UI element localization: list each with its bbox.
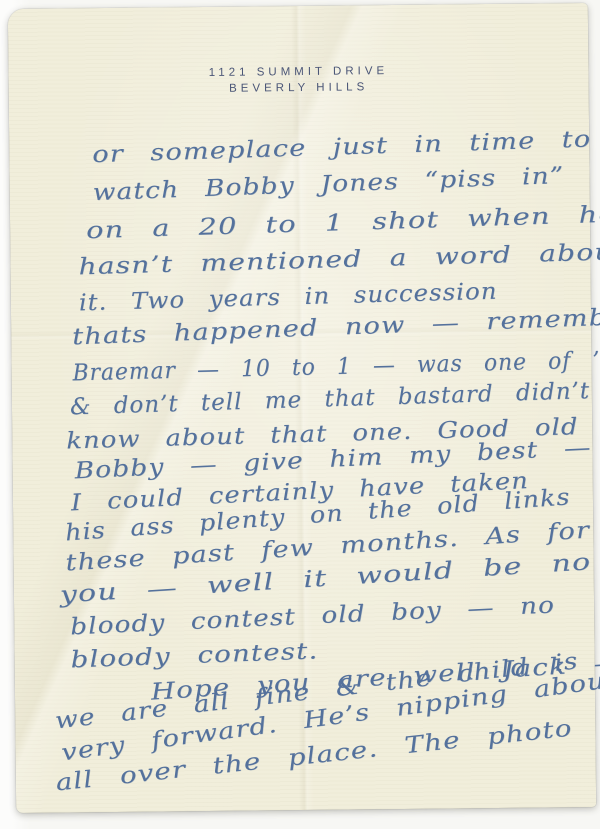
handwriting-line: on a 20 to 1 shot when he: [86, 202, 600, 246]
handwriting-line: bloody contest.: [70, 638, 319, 674]
handwriting-line: hasn’t mentioned a word about: [78, 239, 600, 281]
letterhead: 1121 SUMMIT DRIVE BEVERLY HILLS: [8, 61, 588, 99]
handwriting: or someplace just in time to watch Bobby…: [8, 3, 588, 9]
handwriting-line: watch Bobby Jones “piss in”: [92, 163, 565, 207]
handwriting-line: or someplace just in time to: [92, 127, 592, 170]
letter-paper: 1121 SUMMIT DRIVE BEVERLY HILLS or somep…: [8, 3, 596, 813]
